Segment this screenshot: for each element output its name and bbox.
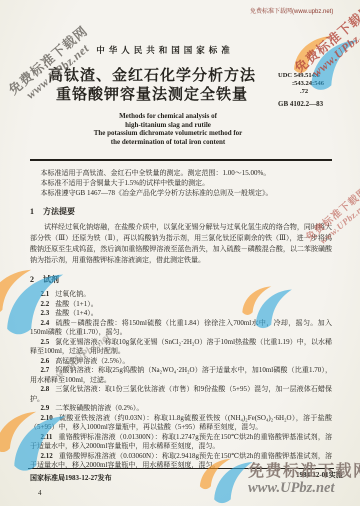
reagent-text: 三氯化钛溶液：取1份三氯化钛溶液（市售）和9份盐酸（5+95）混匀，加一层液体石…: [30, 385, 332, 403]
reagent-item: 2.10硫酸亚铁铵溶液（约0.03N）：称取11.8g硫酸亚铁铵（(NH₄)₂F…: [30, 414, 332, 433]
reagent-number: 2.3: [41, 309, 50, 317]
reagent-text: 盐酸（1+1）。: [55, 300, 97, 308]
reagent-number: 2.5: [41, 338, 50, 346]
reagent-text: 钨酸钠溶液：称取25g钨酸钠（Na₂WO₄·2H₂O）溶于适量水中，加10ml磷…: [30, 366, 332, 384]
reagent-number: 2.1: [41, 290, 50, 298]
reagent-number: 2.9: [41, 404, 50, 412]
reagent-item: 2.5氯化亚锡溶液：称取10g氯化亚锡（SnCl₂·2H₂O）溶于10ml热盐酸…: [30, 338, 332, 357]
page-number: 4: [38, 489, 42, 497]
udc-line: :543.24:546: [278, 80, 324, 88]
reagent-item: 2.3盐酸（1+4）。: [30, 309, 332, 319]
english-title-block: Methods for chemical analysis of high-ti…: [30, 112, 306, 146]
scope-line: 本标准遵守GB 1467—78《冶金产品化学分析方法标准的总则及一般规定》。: [30, 188, 332, 198]
issued-date: 国家标准局1983-12-27发布: [30, 473, 112, 483]
reagent-number: 2.6: [41, 357, 50, 365]
standard-document-page: 免费标准下载网(www.upbz.net) 免费标准下载网 www.UPbz.n…: [0, 0, 360, 506]
reagent-text: 盐酸（1+4）。: [55, 309, 97, 317]
reagent-text: 重铬酸钾标准溶液（0.03060N）：称取2.9418g预先在150℃烘2h的重…: [30, 452, 332, 470]
reagent-text: 过氧化钠。: [55, 290, 90, 298]
section-number: 2: [30, 275, 34, 284]
reagent-item: 2.9二苯胺磺酸钠溶液（0.2%）。: [30, 404, 332, 414]
reagent-item: 2.7钨酸钠溶液：称取25g钨酸钠（Na₂WO₄·2H₂O）溶于适量水中，加10…: [30, 366, 332, 385]
english-title-line: The potassium dichromate volumetric meth…: [30, 129, 306, 138]
reagent-item: 2.8三氯化钛溶液：取1份三氯化钛溶液（市售）和9份盐酸（5+95）混匀，加一层…: [30, 385, 332, 404]
section1-heading: 1方法提要: [30, 206, 332, 217]
document-content: 中华人民共和国国家标准 高钛渣、金红石化学分析方法 重铬酸钾容量法测定全铁量 M…: [0, 0, 360, 471]
effective-date: 1984-12-01实施: [296, 470, 343, 480]
standard-number: GB 4102.2—83: [278, 100, 324, 108]
reagent-text: 硫酸－磷酸混合酸：将150ml硫酸（比重1.84）徐徐注入700ml水中，冷却，…: [30, 319, 332, 337]
section-title: 方法提要: [43, 207, 75, 216]
watermark-site-url: www.UPbz.net: [248, 480, 360, 497]
reagent-item: 2.2盐酸（1+1）。: [30, 300, 332, 310]
english-title-line: Methods for chemical analysis of: [30, 112, 306, 121]
reagent-text: 氯化亚锡溶液：称取10g氯化亚锡（SnCl₂·2H₂O）溶于10ml热盐酸（比重…: [30, 338, 332, 356]
footer-divider: [28, 468, 334, 469]
national-standard-kicker: 中华人民共和国国家标准: [30, 44, 300, 56]
reagent-number: 2.10: [41, 414, 53, 422]
title-line2: 重铬酸钾容量法测定全铁量: [30, 86, 274, 105]
udc-line: .72: [278, 88, 324, 96]
scope-line: 本标准不适用于含铜量大于1.5%的试样中铁量的测定。: [30, 178, 332, 188]
reagent-number: 2.8: [41, 385, 50, 393]
title-block: 高钛渣、金红石化学分析方法 重铬酸钾容量法测定全铁量: [30, 67, 274, 105]
section1-body: 试样经过氧化钠熔融，在盐酸介质中，以氯化亚锡分解钛与过氧化氢生成的络合物，同时将…: [30, 222, 332, 266]
reagent-item: 2.4硫酸－磷酸混合酸：将150ml硫酸（比重1.84）徐徐注入700ml水中，…: [30, 319, 332, 338]
reagent-item: 2.11重铬酸钾标准溶液（0.01300N）：称取1.2747g预先在150℃烘…: [30, 433, 332, 452]
scope-line: 本标准适用于高钛渣、金红石中全铁量的测定。测定范围：1.00～15.00%。: [30, 168, 332, 178]
section-number: 1: [30, 207, 34, 216]
reagent-list: 2.1过氧化钠。 2.2盐酸（1+1）。 2.3盐酸（1+4）。 2.4硫酸－磷…: [30, 290, 332, 471]
reagent-item: 2.1过氧化钠。: [30, 290, 332, 300]
udc-block: UDC 549.514.6 :543.24:546 .72 GB 4102.2—…: [278, 72, 324, 108]
reagent-number: 2.12: [41, 452, 53, 460]
reagent-number: 2.7: [41, 366, 50, 374]
section2-heading: 2试剂: [30, 274, 332, 285]
scope-block: 本标准适用于高钛渣、金红石中全铁量的测定。测定范围：1.00～15.00%。 本…: [30, 168, 332, 198]
reagent-text: 二苯胺磺酸钠溶液（0.2%）。: [55, 404, 143, 412]
reagent-text: 硫酸亚铁铵溶液（约0.03N）：称取11.8g硫酸亚铁铵（(NH₄)₂Fe(SO…: [30, 414, 332, 432]
english-title-line: high-titanium slag and rutile: [30, 121, 306, 130]
section-title: 试剂: [43, 275, 59, 284]
reagent-item: 2.6高锰酸钾溶液（2.5%）。: [30, 357, 332, 367]
reagent-number: 2.2: [41, 300, 50, 308]
english-title-line: the determination of total iron content: [30, 138, 306, 147]
title-line1: 高钛渣、金红石化学分析方法: [30, 67, 274, 86]
udc-line: UDC 549.514.6: [278, 72, 320, 79]
reagent-number: 2.11: [41, 433, 53, 441]
reagent-text: 高锰酸钾溶液（2.5%）。: [55, 357, 129, 365]
reagent-text: 重铬酸钾标准溶液（0.01300N）：称取1.2747g预先在150℃烘2h的重…: [30, 433, 332, 451]
reagent-number: 2.4: [41, 319, 50, 327]
header-divider: [30, 159, 332, 161]
